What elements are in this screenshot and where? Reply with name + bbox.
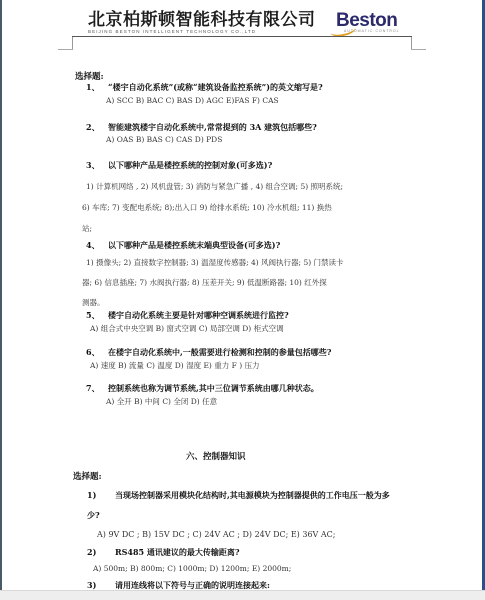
page-bottom-gap [0,590,485,600]
margin-corner-right [411,37,412,49]
section-heading: 选择题: [75,70,104,82]
question-number: 6、 [86,347,108,358]
question-text: “楼宇自动化系统”(或称“建筑设备监控系统”)的英文缩写是? [108,82,323,92]
question-number: 5、 [86,310,108,321]
margin-corner-right-h [411,49,426,50]
question-text: 请用连线将以下符号与正确的说明连接起来: [115,580,270,590]
question-text: 智能建筑楼宇自动化系统中,常常提到的 3A 建筑包括哪些? [108,122,317,132]
section-title: 六、控制器知识 [186,450,246,462]
question-number: 7、 [86,383,108,394]
controller-question-1: 1)当现场控制器采用模块化结构时,其电源模块为控制器提供的工作电压一般为多 [87,490,390,501]
question-6-options: A) 速度 B) 流量 C) 温度 D) 湿度 E) 重力 F ) 压力 [90,360,260,371]
question-text: 楼宇自动化系统主要是针对哪种空调系统进行监控? [108,310,289,320]
controller-question-3: 3)请用连线将以下符号与正确的说明连接起来: [87,580,270,591]
beston-logo: Beston AUTOMATIC·CONTROL [328,10,408,34]
company-name-block: 北京柏斯顿智能科技有限公司 BEIJING BESTON INTELLIGENT… [88,11,316,35]
margin-corner-left-h [58,49,73,50]
question-3: 3、以下哪种产品是楼控系统的控制对象(可多选)? [86,160,272,171]
question-3-options-line-3: 站; [82,223,92,234]
question-number: 4、 [86,240,108,251]
question-4: 4、以下哪种产品是楼控系统末端典型设备(可多选)? [86,240,280,251]
question-number: 2、 [86,122,108,133]
company-name-cn: 北京柏斯顿智能科技有限公司 [88,11,316,29]
controller-question-1-cont: 少? [87,510,100,521]
question-2: 2、智能建筑楼宇自动化系统中,常常提到的 3A 建筑包括哪些? [86,122,317,133]
question-4-options-line-2: 器; 6) 信息插座; 7) 水阀执行器; 8) 压差开关; 9) 低温断路器;… [82,277,327,288]
question-4-options-line-3: 测器。 [82,297,105,308]
question-number: 1、 [86,82,108,93]
question-2-options: A) OAS B) BAS C) CAS D) PDS [106,135,222,144]
question-text: 以下哪种产品是楼控系统的控制对象(可多选)? [108,160,272,170]
controller-question-1-options: A) 9V DC ; B) 15V DC ; C) 24V AC ; D) 24… [97,530,335,539]
question-number: 2) [87,547,115,557]
question-7-options: A) 全开 B) 中间 C) 全闭 D) 任意 [106,396,217,407]
question-1-options: A) SCC B) BAC C) BAS D) AGC E)FAS F) CAS [106,96,279,105]
page-left-border [0,0,2,590]
question-text: 以下哪种产品是楼控系统末端典型设备(可多选)? [108,240,280,250]
controller-question-2: 2)RS485 通讯建议的最大传输距离? [87,547,240,558]
header-rule [72,36,412,37]
question-text: 在楼宇自动化系统中,一般需要进行检测和控制的参量包括哪些? [108,347,331,357]
question-text: RS485 通讯建议的最大传输距离? [115,547,240,557]
question-1: 1、“楼宇自动化系统”(或称“建筑设备监控系统”)的英文缩写是? [86,82,323,93]
question-text: 当现场控制器采用模块化结构时,其电源模块为控制器提供的工作电压一般为多 [115,490,390,500]
question-number: 1) [87,490,115,500]
question-4-options-line-1: 1) 摄像头; 2) 直接数字控制器; 3) 温湿度传感器; 4) 风阀执行器;… [86,257,344,268]
question-text: 控制系统也称为调节系统,其中三位调节系统由哪几种状态。 [108,383,319,393]
controller-question-2-options: A) 500m; B) 800m; C) 1000m; D) 1200m; E)… [93,564,291,573]
question-number: 3) [87,580,115,590]
question-7: 7、控制系统也称为调节系统,其中三位调节系统由哪几种状态。 [86,383,319,394]
question-5-options: A) 组合式中央空调 B) 窗式空调 C) 局部空调 D) 柜式空调 [90,323,284,334]
section-heading: 选择题: [73,470,102,482]
margin-corner-left [72,37,73,49]
question-5: 5、楼宇自动化系统主要是针对哪种空调系统进行监控? [86,310,289,321]
logo-tagline: AUTOMATIC·CONTROL [344,29,400,33]
question-6: 6、在楼宇自动化系统中,一般需要进行检测和控制的参量包括哪些? [86,347,331,358]
question-number: 3、 [86,160,108,171]
question-3-options-line-1: 1) 计算机网络 , 2) 风机盘管; 3) 消防与紧急广播 , 4) 组合空调… [86,181,343,192]
question-3-options-line-2: 6) 车库; 7) 变配电系统; 8);出入口 9) 给排水系统; 10) 冷水… [82,202,332,213]
